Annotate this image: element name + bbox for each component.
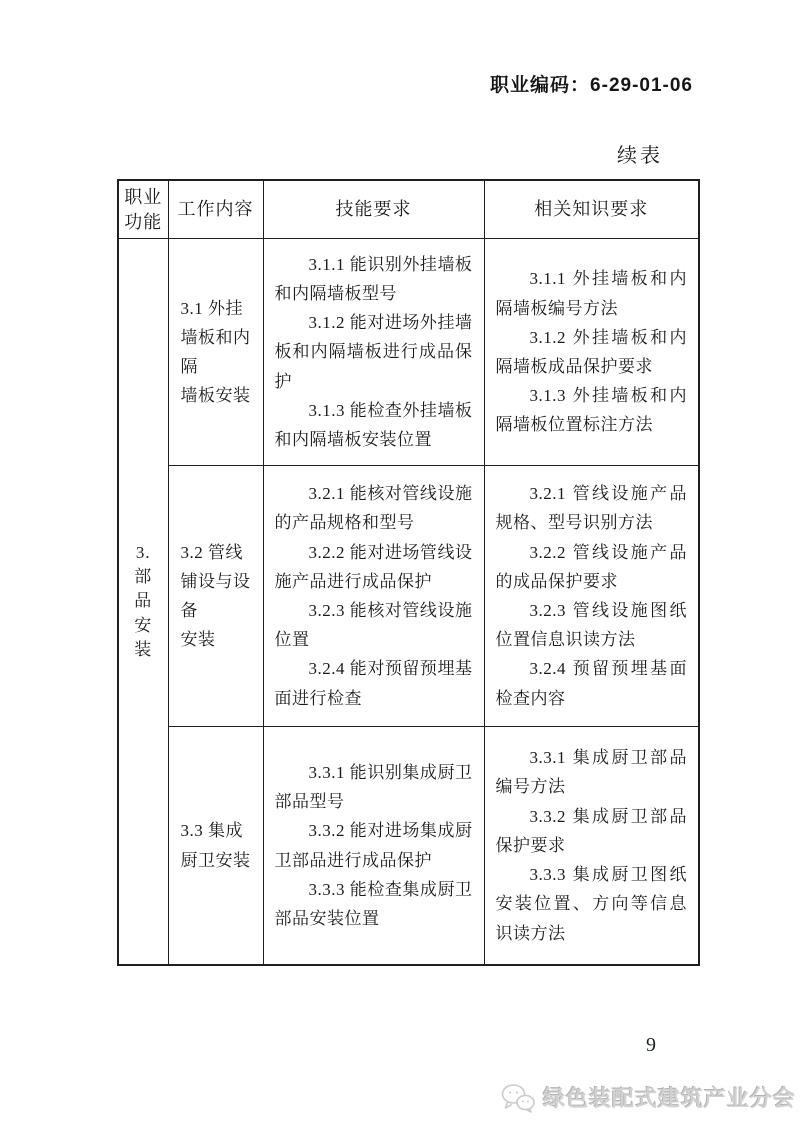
- knowledge-cell-3-3: 3.3.1 集成厨卫部品编号方法 3.3.2 集成厨卫部品保护要求 3.3.3 …: [484, 727, 699, 966]
- skill-cell-3-1: 3.1.1 能识别外挂墙板和内隔墙板型号 3.1.2 能对进场外挂墙板和内隔墙板…: [263, 239, 484, 466]
- function-group-cell: 3. 部 品 安 装: [118, 239, 168, 966]
- skill-cell-3-2: 3.2.1 能核对管线设施的产品规格和型号 3.2.2 能对进场管线设施产品进行…: [263, 466, 484, 727]
- knowledge-item: 3.3.1 集成厨卫部品编号方法: [496, 743, 688, 801]
- skill-item: 3.1.1 能识别外挂墙板和内隔墙板型号: [275, 250, 473, 308]
- table-row-3-2: 3.2 管线 铺设与设备 安装 3.2.1 能核对管线设施的产品规格和型号 3.…: [118, 466, 699, 727]
- wechat-logo-icon: [500, 1083, 536, 1113]
- skill-cell-3-3: 3.3.1 能识别集成厨卫部品型号 3.3.2 能对进场集成厨卫部品进行成品保护…: [263, 727, 484, 966]
- continued-table-label: 续表: [617, 139, 663, 168]
- knowledge-item: 3.2.4 预留预埋基面检查内容: [496, 654, 688, 712]
- skill-item: 3.2.1 能核对管线设施的产品规格和型号: [275, 479, 473, 537]
- page-number: 9: [646, 1034, 656, 1057]
- knowledge-item: 3.2.2 管线设施产品的成品保护要求: [496, 538, 688, 596]
- skill-item: 3.3.1 能识别集成厨卫部品型号: [275, 758, 473, 816]
- job-code-label: 职业编码：6-29-01-06: [490, 70, 693, 97]
- knowledge-item: 3.2.3 管线设施图纸位置信息识读方法: [496, 596, 688, 654]
- header-skill-requirements: 技能要求: [263, 180, 484, 239]
- work-content-3-1: 3.1 外挂 墙板和内隔 墙板安装: [168, 239, 263, 466]
- knowledge-cell-3-2: 3.2.1 管线设施产品规格、型号识别方法 3.2.2 管线设施产品的成品保护要…: [484, 466, 699, 727]
- knowledge-item: 3.3.3 集成厨卫图纸安装位置、方向等信息识读方法: [496, 860, 688, 948]
- knowledge-item: 3.1.1 外挂墙板和内隔墙板编号方法: [496, 264, 688, 322]
- skill-item: 3.2.3 能核对管线设施位置: [275, 596, 473, 654]
- work-content-3-3: 3.3 集成 厨卫安装: [168, 727, 263, 966]
- header-knowledge-requirements: 相关知识要求: [484, 180, 699, 239]
- watermark-text: 绿色装配式建筑产业分会: [543, 1082, 796, 1113]
- header-work-content: 工作内容: [168, 180, 263, 239]
- skill-item: 3.3.3 能检查集成厨卫部品安装位置: [275, 875, 473, 933]
- occupational-standard-table: 职业 功能 工作内容 技能要求 相关知识要求 3. 部 品 安 装 3.1 外挂…: [117, 179, 700, 966]
- table-row-3-3: 3.3 集成 厨卫安装 3.3.1 能识别集成厨卫部品型号 3.3.2 能对进场…: [118, 727, 699, 966]
- skill-item: 3.1.3 能检查外挂墙板和内隔墙板安装位置: [275, 396, 473, 454]
- knowledge-item: 3.3.2 集成厨卫部品保护要求: [496, 802, 688, 860]
- skill-item: 3.2.4 能对预留预埋基面进行检查: [275, 654, 473, 712]
- knowledge-item: 3.1.2 外挂墙板和内隔墙板成品保护要求: [496, 323, 688, 381]
- function-group-label: 3. 部 品 安 装: [119, 541, 168, 662]
- table-header-row: 职业 功能 工作内容 技能要求 相关知识要求: [118, 180, 699, 239]
- skill-item: 3.1.2 能对进场外挂墙板和内隔墙板进行成品保护: [275, 308, 473, 396]
- header-occupational-function: 职业 功能: [118, 180, 168, 239]
- knowledge-item: 3.2.1 管线设施产品规格、型号识别方法: [496, 479, 688, 537]
- knowledge-cell-3-1: 3.1.1 外挂墙板和内隔墙板编号方法 3.1.2 外挂墙板和内隔墙板成品保护要…: [484, 239, 699, 466]
- document-page: 职业编码：6-29-01-06 续表 职业 功能 工作内容 技能要求 相关知识要…: [0, 0, 808, 1134]
- skill-item: 3.2.2 能对进场管线设施产品进行成品保护: [275, 538, 473, 596]
- skill-item: 3.3.2 能对进场集成厨卫部品进行成品保护: [275, 816, 473, 874]
- work-content-3-2: 3.2 管线 铺设与设备 安装: [168, 466, 263, 727]
- knowledge-item: 3.1.3 外挂墙板和内隔墙板位置标注方法: [496, 381, 688, 439]
- table-row-3-1: 3. 部 品 安 装 3.1 外挂 墙板和内隔 墙板安装 3.1.1 能识别外挂…: [118, 239, 699, 466]
- footer-watermark: 绿色装配式建筑产业分会: [500, 1082, 796, 1113]
